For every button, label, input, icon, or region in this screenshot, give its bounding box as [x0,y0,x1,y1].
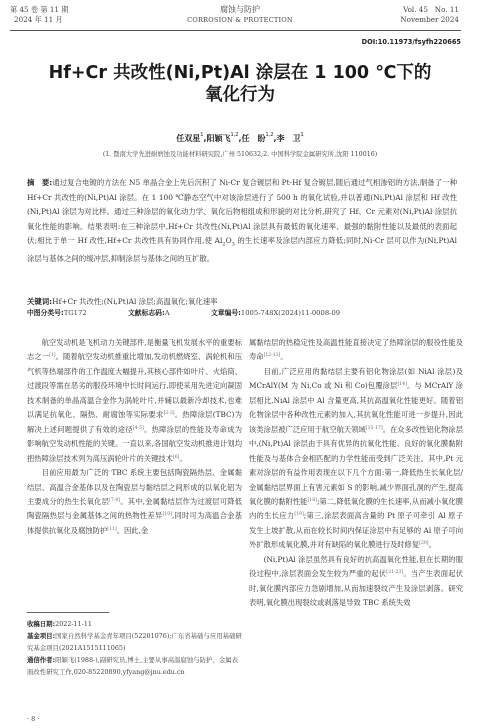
citation[interactable]: [11] [107,527,116,532]
article-title: Hf+Cr 共改性(Ni,Pt)Al 涂层在 1 100 ℃下的 氧化行为 [0,62,480,106]
date-en: November 2024 [400,15,459,25]
citation[interactable]: [20] [419,541,428,546]
received-date: 收稿日期:2022-11-11 [27,618,242,630]
author: 任 盼 [242,134,266,143]
body-column-right: 属黏结层的热稳定性及高温性能直接决定了热障涂层的服役性能及寿命[12-13]。 … [249,336,463,611]
body-column-left: 航空发动机是飞机动力关键部件,是衡量飞机发展水平的重要标志之一[1]。随着航空发… [27,336,242,538]
journal-name-en: CORROSION & PROTECTION [160,15,320,25]
paragraph: 航空发动机是飞机动力关键部件,是衡量飞机发展水平的重要标志之一[1]。随着航空发… [27,336,242,466]
paragraph-continued: 属黏结层的热稳定性及高温性能直接决定了热障涂层的服役性能及寿命[12-13]。 [249,336,463,365]
author: 李 卫 [277,134,301,143]
author: 阳颖飞 [207,134,231,143]
citation[interactable]: [4-5] [133,426,144,431]
author-affil-mark: 1,2 [231,132,239,138]
date-cn: 2024 年 11 月 [10,15,68,25]
volume-issue-en: Vol. 45 No. 11 [400,5,459,15]
clc-number: 中图分类号:TG172 [27,308,128,319]
author-affil-mark: 1 [200,132,203,138]
paragraph: (Ni,Pt)Al 涂层虽然具有良好的抗高温氧化性能,但在长期的服役过程中,涂层… [249,553,463,611]
citation[interactable]: [1] [49,353,56,358]
keywords-label: 关键词: [27,297,52,306]
header-divider [10,30,461,31]
footnotes: 收稿日期:2022-11-11 基金项目:国家自然科学基金青年项目(522010… [27,618,242,678]
paragraph: 目前,广泛应用的黏结层主要有铝化物涂层(如 NiAl 涂层)及 MCrAlY(M… [249,365,463,553]
journal-issue-info-en: Vol. 45 No. 11 November 2024 [400,5,459,25]
citation[interactable]: [2-3] [164,411,175,416]
page-number: · 8 · [27,715,39,723]
doi[interactable]: DOI:10.11973/fsyfh220665 [362,38,461,46]
citation[interactable]: [19] [294,512,303,517]
journal-name-cn: 腐蚀与防护 [160,5,320,15]
citation[interactable]: [6] [173,455,180,460]
funding: 基金项目:国家自然科学基金青年项目(52201076);广东省基础与应用基础研究… [27,630,242,654]
citation[interactable]: [15-17] [366,426,383,431]
corresponding-author: 通信作者:阳颖飞(1988-),副研究员,博士,主要从事高温腐蚀与防护、金属表面… [27,654,242,678]
title-line-1: Hf+Cr 共改性(Ni,Pt)Al 涂层在 1 100 ℃下的 [0,62,480,84]
journal-issue-info: 第 45 卷 第 11 期 2024 年 11 月 [10,5,68,25]
author-list: 任双星1,阳颖飞1,2,任 盼1,2,李 卫1 [0,133,480,144]
author: 任双星 [176,134,200,143]
citation[interactable]: [12-13] [264,353,281,358]
author-affil-mark: 1 [301,132,304,138]
abstract-label: 摘 要: [27,178,52,187]
author-affil-mark: 1,2 [266,132,274,138]
citation[interactable]: [7-9] [109,498,120,503]
journal-name: 腐蚀与防护 CORROSION & PROTECTION [160,5,320,25]
affiliations: (1. 暨南大学先进耐磨蚀及功能材料研究院,广州 510632;2. 中国科学院… [0,149,480,158]
citation[interactable]: [14] [397,382,406,387]
volume-issue-cn: 第 45 卷 第 11 期 [10,5,68,15]
keywords-text: Hf+Cr 共改性;(Ni,Pt)Al 涂层;高温氧化;氧化速率 [52,297,217,306]
paragraph: 目前应用最为广泛的 TBC 系统主要包括陶瓷隔热层、金属黏结层、高温合金基体以及… [27,466,242,538]
article-meta: 中图分类号:TG172文献标志码:A文章编号:1005-748X(2024)11… [27,308,457,319]
document-code: 文献标志码:A [128,308,211,319]
citation[interactable]: [10] [163,512,172,517]
title-line-2: 氧化行为 [0,84,480,106]
article-number: 文章编号:1005-748X(2024)11-0008-09 [211,308,340,319]
abstract: 摘 要:通过复合电镀的方法在 N5 单晶合金上先后沉积了 Ni-Cr 复合镀层和… [27,176,457,267]
keywords: 关键词:Hf+Cr 共改性;(Ni,Pt)Al 涂层;高温氧化;氧化速率 [27,296,457,307]
citation[interactable]: [18] [308,498,317,503]
citation[interactable]: [21-23] [386,570,403,575]
footnote-divider [27,612,109,613]
